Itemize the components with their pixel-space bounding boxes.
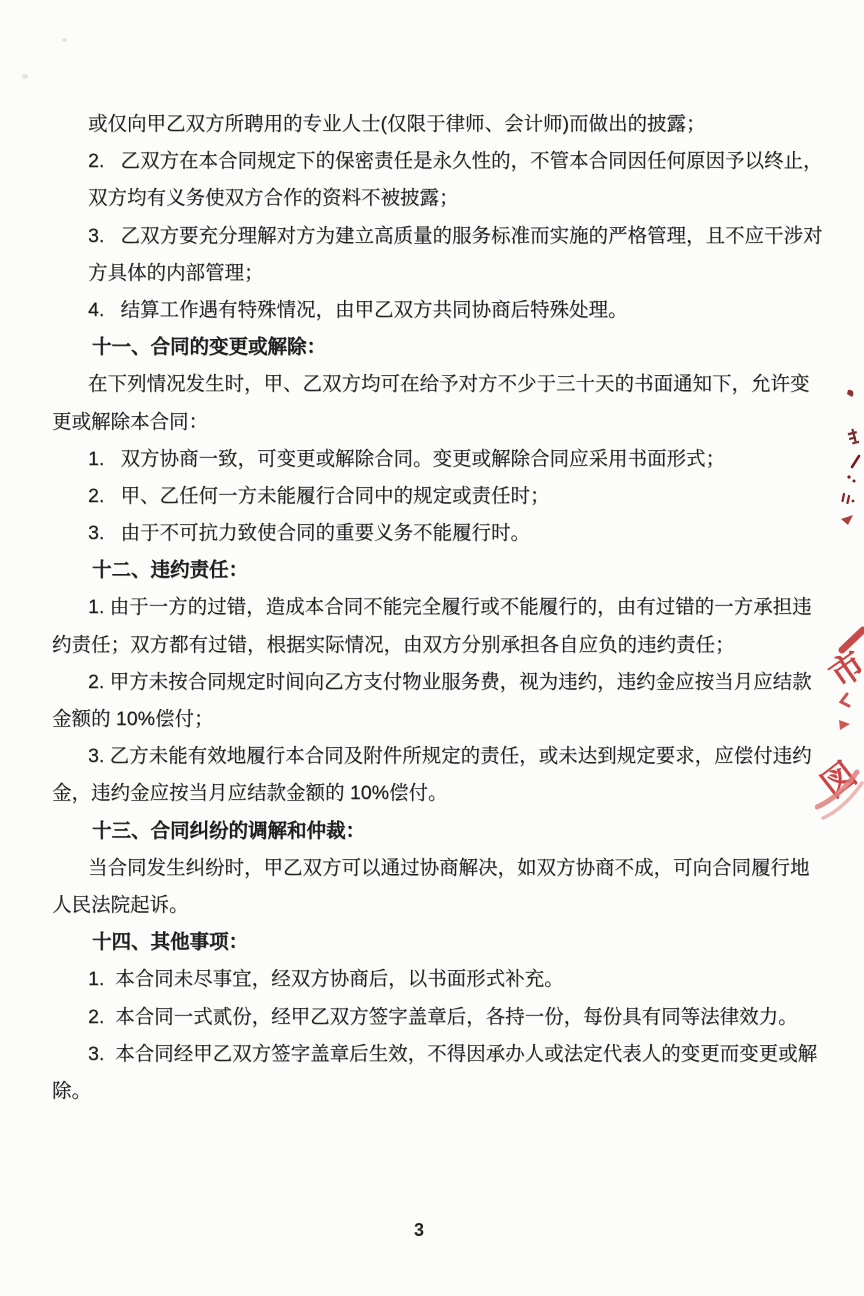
scan-speck: [22, 74, 28, 79]
text-line: 3. 本合同经甲乙双方签字盖章后生效，不得因承办人或法定代表人的变更而变更或解: [52, 1036, 814, 1073]
text-line: 2. 甲、乙任何一方未能履行合同中的规定或责任时；: [52, 478, 814, 515]
text-line: 2. 乙双方在本合同规定下的保密责任是永久性的，不管本合同因任何原因予以终止，: [52, 143, 814, 180]
text-line: 2. 甲方未按合同规定时间向乙方支付物业服务费，视为违约，违约金应按当月应结款: [52, 664, 814, 701]
text-line: 双方均有义务使双方合作的资料不被披露；: [52, 180, 814, 217]
text-line: 1. 双方协商一致，可变更或解除合同。变更或解除合同应采用书面形式；: [52, 441, 814, 478]
text-line: 十四、其他事项：: [52, 924, 814, 961]
text-line: 1. 本合同未尽事宜，经双方协商后，以书面形式补充。: [52, 961, 814, 998]
text-line: 3. 乙双方要充分理解对方为建立高质量的服务标准而实施的严格管理，且不应干涉对: [52, 218, 814, 255]
text-line: 十三、合同纠纷的调解和仲裁：: [52, 813, 814, 850]
text-line: 4. 结算工作遇有特殊情况，由甲乙双方共同协商后特殊处理。: [52, 292, 814, 329]
text-line: 在下列情况发生时，甲、乙双方均可在给予对方不少于三十天的书面通知下，允许变: [52, 366, 814, 403]
text-line: 当合同发生纠纷时，甲乙双方可以通过协商解决，如双方协商不成，可向合同履行地: [52, 850, 814, 887]
text-line: 金额的 10%偿付；: [52, 701, 814, 738]
text-line: 约责任；双方都有过错，根据实际情况，由双方分别承担各自应负的违约责任；: [52, 627, 814, 664]
text-line: 十一、合同的变更或解除：: [52, 329, 814, 366]
text-line: 除。: [52, 1073, 814, 1110]
text-line: 更或解除本合同：: [52, 404, 814, 441]
text-line: 方具体的内部管理；: [52, 255, 814, 292]
text-line: 2. 本合同一式贰份，经甲乙双方签字盖章后，各持一份，每份具有同等法律效力。: [52, 999, 814, 1036]
text-line: 金，违约金应按当月应结款金额的 10%偿付。: [52, 775, 814, 812]
text-line: 3. 乙方未能有效地履行本合同及附件所规定的责任，或未达到规定要求，应偿付违约: [52, 738, 814, 775]
text-line: 或仅向甲乙双方所聘用的专业人士(仅限于律师、会计师)而做出的披露；: [52, 106, 814, 143]
text-line: 3. 由于不可抗力致使合同的重要义务不能履行时。: [52, 515, 814, 552]
text-line: 1. 由于一方的过错，造成本合同不能完全履行或不能履行的，由有过错的一方承担违: [52, 589, 814, 626]
page-number: 3: [0, 1220, 838, 1241]
text-line: 人民法院起诉。: [52, 887, 814, 924]
red-ink-marks-fragment: [840, 388, 864, 534]
scan-speck: [62, 38, 67, 42]
red-seal-stamp-fragment: 市 図: [815, 622, 864, 822]
seal-character-bottom: 図: [815, 755, 863, 804]
seal-character-top: 市: [823, 645, 864, 696]
text-line: 十二、违约责任：: [52, 552, 814, 589]
contract-text-block: 或仅向甲乙双方所聘用的专业人士(仅限于律师、会计师)而做出的披露；2. 乙双方在…: [52, 106, 814, 1110]
scanned-contract-page: 或仅向甲乙双方所聘用的专业人士(仅限于律师、会计师)而做出的披露；2. 乙双方在…: [0, 0, 864, 1296]
